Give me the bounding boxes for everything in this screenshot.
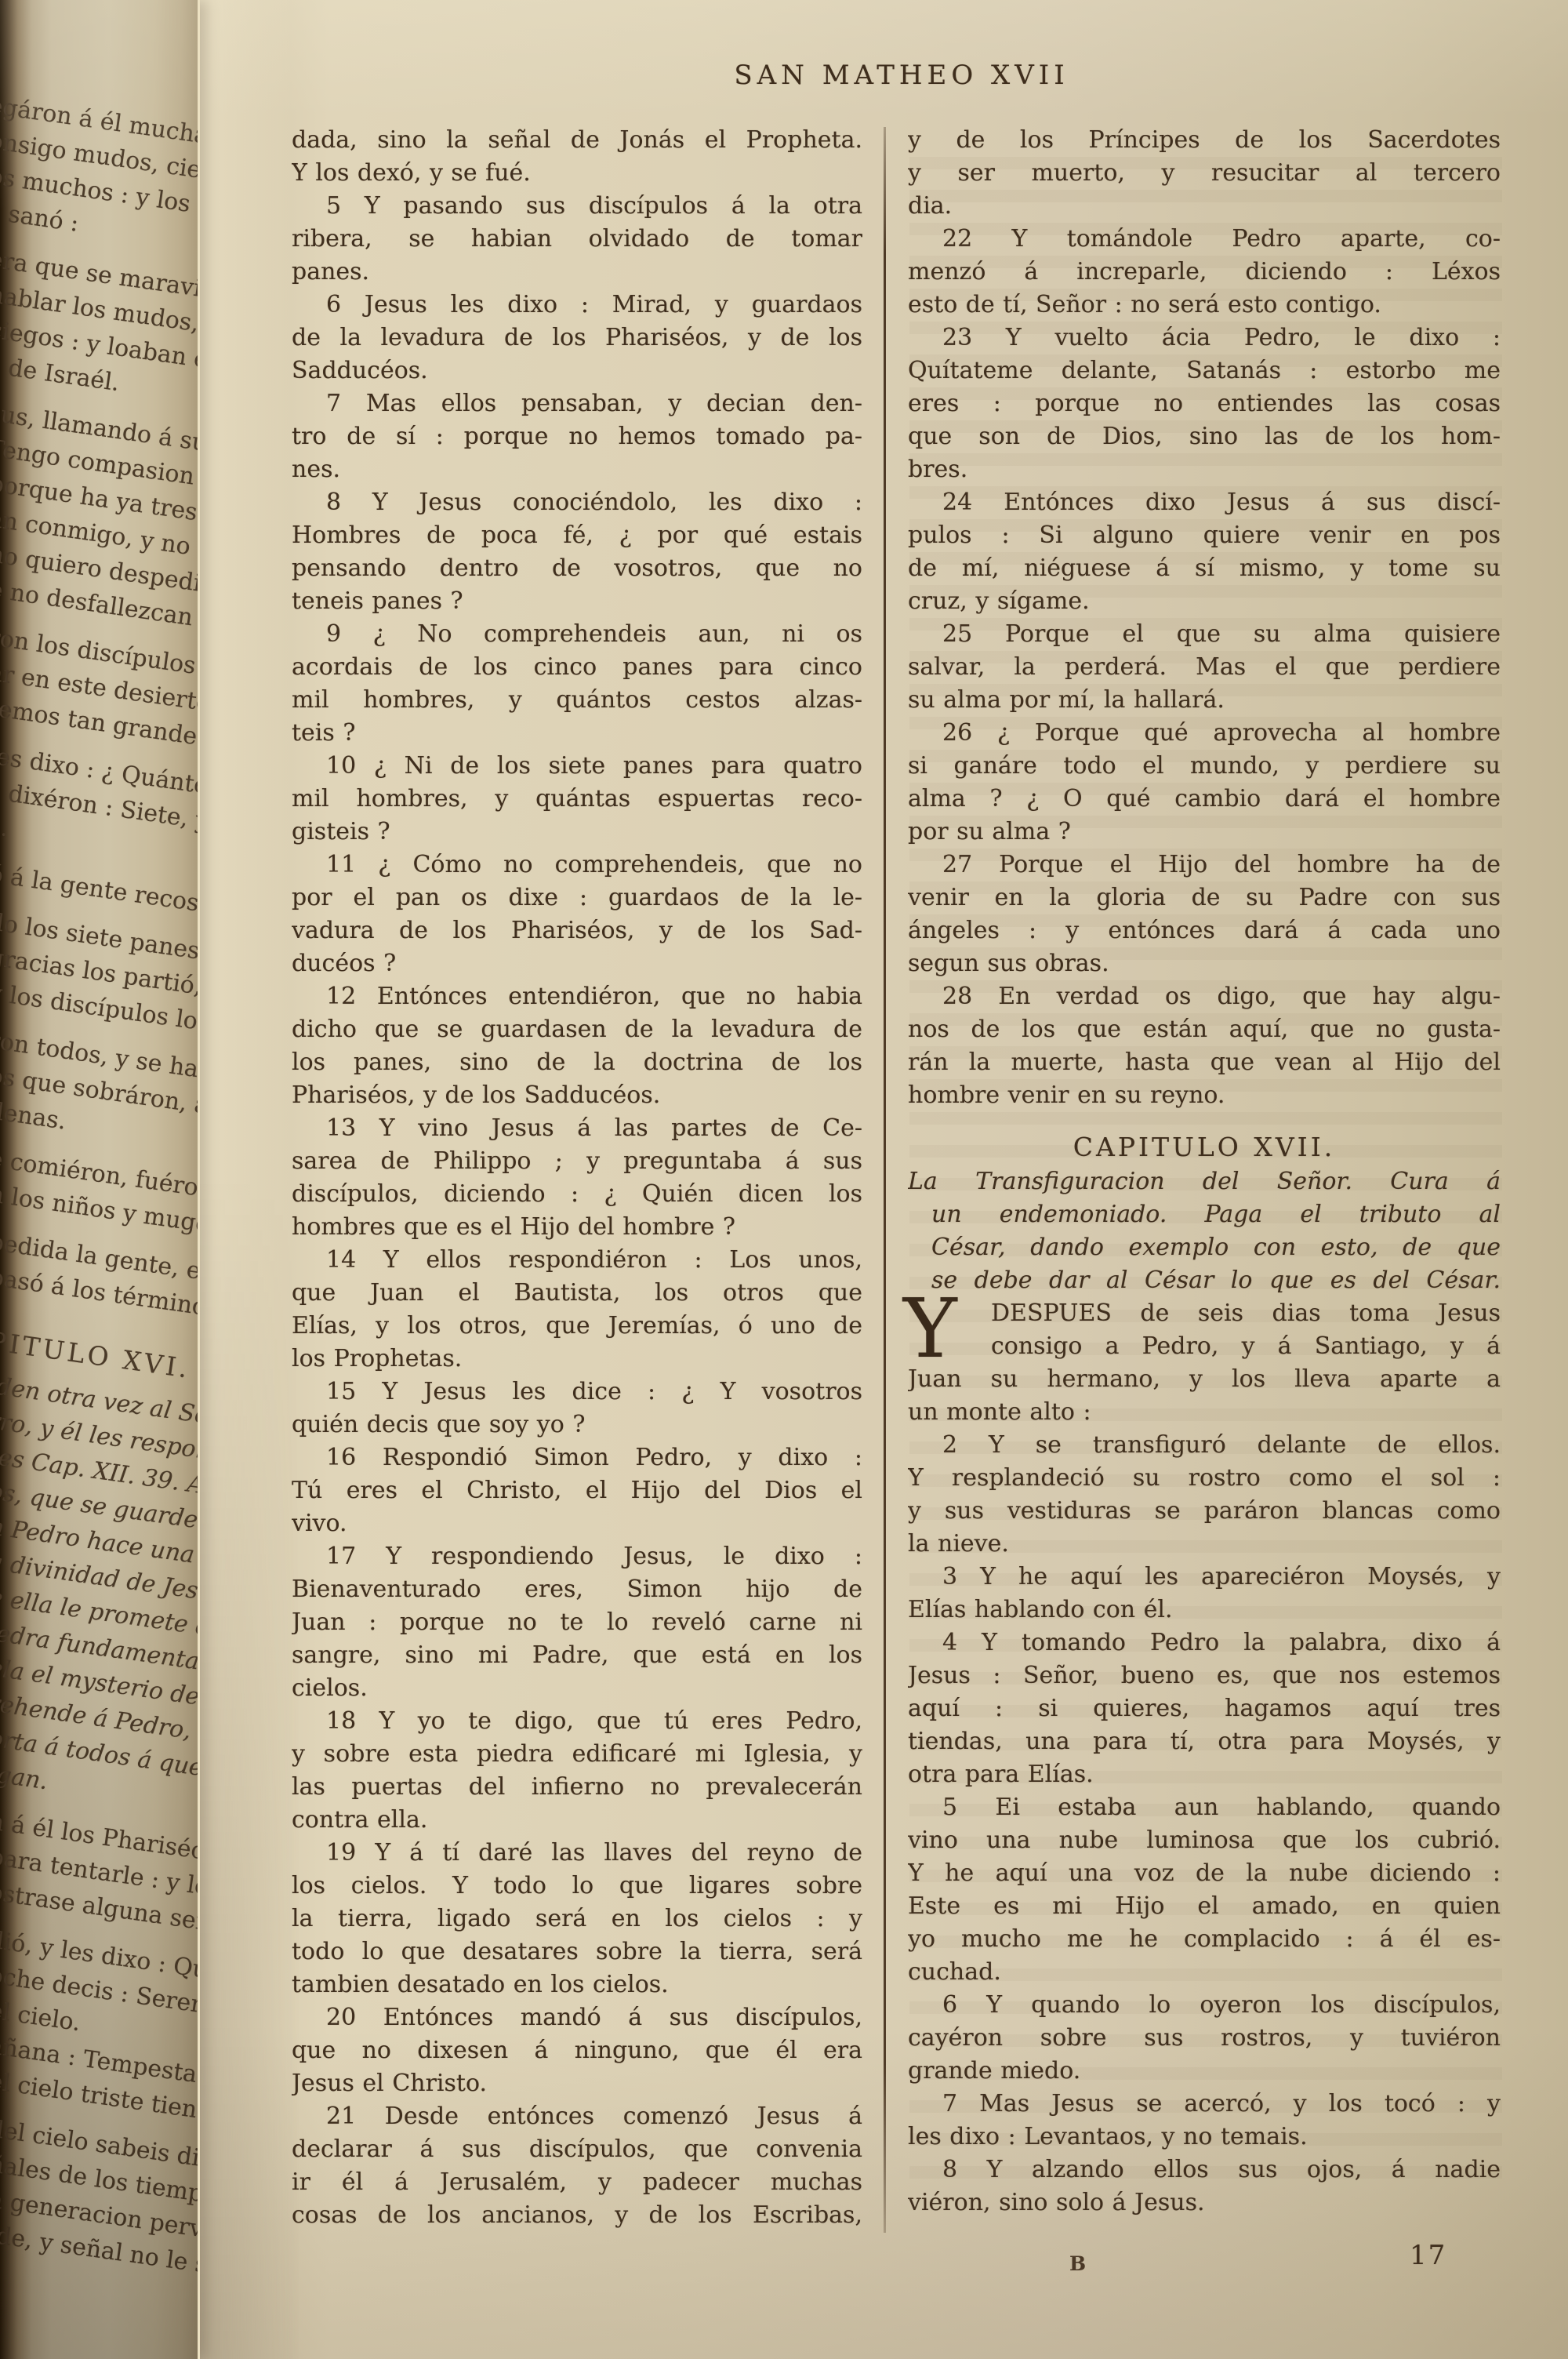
chapter-body: Y DESPUES de seis dias toma Jesusconsigo… bbox=[908, 1297, 1501, 2219]
text-line: tiendas, una para tí, otra para Moysés, … bbox=[908, 1725, 1501, 1758]
text-line: segun sus obras. bbox=[908, 947, 1501, 980]
text-line: dada, sino la señal de Jonás el Propheta… bbox=[292, 124, 862, 157]
text-line: acordais de los cinco panes para cinco bbox=[292, 651, 862, 684]
text-line: un endemoniado. Paga el tributo al bbox=[908, 1198, 1501, 1231]
text-line: Juan su hermano, y los lleva aparte a bbox=[908, 1363, 1501, 1396]
text-line: tambien desatado en los cielos. bbox=[292, 1968, 862, 2001]
text-line: las puertas del infierno no prevalecerán bbox=[292, 1771, 862, 1804]
text-line: 26 ¿ Porque qué aprovecha al hombre bbox=[908, 717, 1501, 750]
printers-signature-mark: B bbox=[1069, 2252, 1086, 2275]
text-line: Y resplandeció su rostro como el sol : bbox=[908, 1462, 1501, 1495]
text-line: bres. bbox=[908, 453, 1501, 486]
text-line: 20 Entónces mandó á sus discípulos, bbox=[292, 2001, 862, 2034]
text-line: Sadducéos. bbox=[292, 354, 862, 387]
text-line: Elías hablando con él. bbox=[908, 1594, 1501, 1627]
text-line: 17 Y respondiendo Jesus, le dixo : bbox=[292, 1540, 862, 1573]
text-line: nos de los que están aquí, que no gusta- bbox=[908, 1013, 1501, 1046]
text-line: si ganáre todo el mundo, y perdiere su bbox=[908, 750, 1501, 783]
text-line: DESPUES de seis dias toma Jesus bbox=[908, 1297, 1501, 1330]
text-line: venir en la gloria de su Padre con sus bbox=[908, 881, 1501, 914]
chapter-summary: La Transfiguracion del Señor. Cura áun e… bbox=[908, 1165, 1501, 1297]
text-line: que no dixesen á ninguno, que él era bbox=[292, 2034, 862, 2067]
previous-page-edge: egáron á él muchas genonsigo mudos, cieg… bbox=[0, 0, 200, 2359]
right-text-column: y de los Príncipes de los Sacerdotesy se… bbox=[908, 124, 1501, 2219]
text-line: 21 Desde entónces comenzó Jesus á bbox=[292, 2100, 862, 2133]
text-line: viéron, sino solo á Jesus. bbox=[908, 2186, 1501, 2219]
text-line: Y he aquí una voz de la nube diciendo : bbox=[908, 1857, 1501, 1890]
left-text-column: dada, sino la señal de Jonás el Propheta… bbox=[292, 124, 862, 2232]
text-line: vadura de los Phariséos, y de los Sad- bbox=[292, 914, 862, 947]
text-line: 22 Y tomándole Pedro aparte, co- bbox=[908, 223, 1501, 256]
text-line: Hombres de poca fé, ¿ por qué estais bbox=[292, 519, 862, 552]
text-line: tro de sí : porque no hemos tomado pa- bbox=[292, 420, 862, 453]
text-line: 13 Y vino Jesus á las partes de Ce- bbox=[292, 1112, 862, 1145]
text-line: 8 Y alzando ellos sus ojos, á nadie bbox=[908, 2154, 1501, 2186]
text-line: 12 Entónces entendiéron, que no habia bbox=[292, 980, 862, 1013]
text-line: Phariséos, y de los Sadducéos. bbox=[292, 1079, 862, 1112]
text-line: 24 Entónces dixo Jesus á sus discí- bbox=[908, 486, 1501, 519]
text-line: todo lo que desatares sobre la tierra, s… bbox=[292, 1936, 862, 1968]
column-divider-rule bbox=[884, 127, 886, 2233]
text-line: ángeles : y entónces dará á cada uno bbox=[908, 914, 1501, 947]
book-photo-background: egáron á él muchas genonsigo mudos, cieg… bbox=[0, 0, 1568, 2359]
text-line: la nieve. bbox=[908, 1528, 1501, 1561]
text-line: Tú eres el Christo, el Hijo del Dios el bbox=[292, 1474, 862, 1507]
text-line: sarea de Philippo ; y preguntaba á sus bbox=[292, 1145, 862, 1178]
text-line: 14 Y ellos respondiéron : Los unos, bbox=[292, 1244, 862, 1277]
running-header: SAN MATHEO XVII bbox=[298, 60, 1505, 91]
text-line: su alma por mí, la hallará. bbox=[908, 684, 1501, 717]
text-line: 5 Y pasando sus discípulos á la otra bbox=[292, 190, 862, 223]
text-line: 10 ¿ Ni de los siete panes para quatro bbox=[292, 750, 862, 783]
text-line: teis ? bbox=[292, 717, 862, 750]
text-line: Bienaventurado eres, Simon hijo de bbox=[292, 1573, 862, 1606]
text-line: Jesus : Señor, bueno es, que nos estemos bbox=[908, 1659, 1501, 1692]
text-line: que son de Dios, sino las de los hom- bbox=[908, 420, 1501, 453]
text-line: 2 Y se transfiguró delante de ellos. bbox=[908, 1429, 1501, 1462]
text-line: ducéos ? bbox=[292, 947, 862, 980]
text-line: otra para Elías. bbox=[908, 1758, 1501, 1791]
text-line: cuchad. bbox=[908, 1956, 1501, 1989]
page-number: 17 bbox=[1410, 2240, 1446, 2271]
text-line: menzó á increparle, diciendo : Léxos bbox=[908, 256, 1501, 289]
text-line: 15 Y Jesus les dice : ¿ Y vosotros bbox=[292, 1376, 862, 1408]
text-line: teneis panes ? bbox=[292, 585, 862, 618]
text-line: declarar á sus discípulos, que convenia bbox=[292, 2133, 862, 2166]
text-line: Jesus el Christo. bbox=[292, 2067, 862, 2100]
text-line: alma ? ¿ O qué cambio dará el hombre bbox=[908, 783, 1501, 816]
text-line: 6 Jesus les dixo : Mirad, y guardaos bbox=[292, 289, 862, 322]
text-line: 27 Porque el Hijo del hombre ha de bbox=[908, 849, 1501, 881]
text-line: 25 Porque el que su alma quisiere bbox=[908, 618, 1501, 651]
text-line: y ser muerto, y resucitar al tercero bbox=[908, 157, 1501, 190]
drop-cap-initial: Y bbox=[903, 1289, 985, 1368]
text-line: 16 Respondió Simon Pedro, y dixo : bbox=[292, 1441, 862, 1474]
text-line: pulos : Si alguno quiere venir en pos bbox=[908, 519, 1501, 552]
text-line: 5 Ei estaba aun hablando, quando bbox=[908, 1791, 1501, 1824]
text-line: cayéron sobre sus rostros, y tuviéron bbox=[908, 2022, 1501, 2055]
text-line: sangre, sino mi Padre, que está en los bbox=[292, 1639, 862, 1672]
text-line: por el pan os dixe : guardaos de la le- bbox=[292, 881, 862, 914]
text-line: Este es mi Hijo el amado, en quien bbox=[908, 1890, 1501, 1923]
text-line: 3 Y he aquí les apareciéron Moysés, y bbox=[908, 1561, 1501, 1594]
text-line: de mí, niéguese á sí mismo, y tome su bbox=[908, 552, 1501, 585]
text-line: salvar, la perderá. Mas el que perdiere bbox=[908, 651, 1501, 684]
text-line: los Prophetas. bbox=[292, 1343, 862, 1376]
text-line: que Juan el Bautista, los otros que bbox=[292, 1277, 862, 1310]
text-line: 11 ¿ Cómo no comprehendeis, que no bbox=[292, 849, 862, 881]
text-line: 18 Y yo te digo, que tú eres Pedro, bbox=[292, 1705, 862, 1738]
text-line: eres : porque no entiendes las cosas bbox=[908, 387, 1501, 420]
text-line: grande miedo. bbox=[908, 2055, 1501, 2088]
text-line: les dixo : Levantaos, y no temais. bbox=[908, 2121, 1501, 2154]
text-line: vino una nube luminosa que los cubrió. bbox=[908, 1824, 1501, 1857]
text-line: cosas de los ancianos, y de los Escribas… bbox=[292, 2199, 862, 2232]
text-line: 8 Y Jesus conociéndolo, les dixo : bbox=[292, 486, 862, 519]
text-line: y sobre esta piedra edificaré mi Iglesia… bbox=[292, 1738, 862, 1771]
text-line: 23 Y vuelto ácia Pedro, le dixo : bbox=[908, 322, 1501, 354]
text-line: hombres que es el Hijo del hombre ? bbox=[292, 1211, 862, 1244]
text-line: 6 Y quando lo oyeron los discípulos, bbox=[908, 1989, 1501, 2022]
text-line: los cielos. Y todo lo que ligares sobre bbox=[292, 1870, 862, 1903]
text-line: La Transfiguracion del Señor. Cura á bbox=[908, 1165, 1501, 1198]
text-line: yo mucho me he complacido : á él es- bbox=[908, 1923, 1501, 1956]
text-line: 9 ¿ No comprehendeis aun, ni os bbox=[292, 618, 862, 651]
text-line: Elías, y los otros, que Jeremías, ó uno … bbox=[292, 1310, 862, 1343]
text-line: Juan : porque no te lo reveló carne ni bbox=[292, 1606, 862, 1639]
text-line: mil hombres, y quántos cestos alzas- bbox=[292, 684, 862, 717]
text-line: cielos. bbox=[292, 1672, 862, 1705]
right-column-verses: y de los Príncipes de los Sacerdotesy se… bbox=[908, 124, 1501, 1112]
text-line: 28 En verdad os digo, que hay algu- bbox=[908, 980, 1501, 1013]
text-line: un monte alto : bbox=[908, 1396, 1501, 1429]
text-line: dia. bbox=[908, 190, 1501, 223]
text-line: dicho que se guardasen de la levadura de bbox=[292, 1013, 862, 1046]
text-line: la tierra, ligado será en los cielos : y bbox=[292, 1903, 862, 1936]
text-line: 7 Mas ellos pensaban, y decian den- bbox=[292, 387, 862, 420]
text-line: ir él á Jerusalém, y padecer muchas bbox=[292, 2166, 862, 2199]
text-line: gisteis ? bbox=[292, 816, 862, 849]
text-line: cruz, y sígame. bbox=[908, 585, 1501, 618]
text-line: los panes, sino de la doctrina de los bbox=[292, 1046, 862, 1079]
text-line: 4 Y tomando Pedro la palabra, dixo á bbox=[908, 1627, 1501, 1659]
text-line: esto de tí, Señor : no será esto contigo… bbox=[908, 289, 1501, 322]
text-line: César, dando exemplo con esto, de que bbox=[908, 1231, 1501, 1264]
text-line: Y los dexó, y se fué. bbox=[292, 157, 862, 190]
previous-page-text-fragments: egáron á él muchas genonsigo mudos, cieg… bbox=[0, 88, 200, 2252]
text-line: vivo. bbox=[292, 1507, 862, 1540]
text-line: consigo a Pedro, y á Santiago, y á bbox=[908, 1330, 1501, 1363]
chapter-heading: CAPITULO XVII. bbox=[908, 1129, 1501, 1165]
text-line: se debe dar al César lo que es del César… bbox=[908, 1264, 1501, 1297]
text-line: discípulos, diciendo : ¿ Quién dicen los bbox=[292, 1178, 862, 1211]
text-line: por su alma ? bbox=[908, 816, 1501, 849]
text-line: nes. bbox=[292, 453, 862, 486]
text-line: de la levadura de los Phariséos, y de lo… bbox=[292, 322, 862, 354]
chapter-verses: DESPUES de seis dias toma Jesusconsigo a… bbox=[908, 1297, 1501, 2219]
text-line: ribera, se habian olvidado de tomar bbox=[292, 223, 862, 256]
text-line: Quítateme delante, Satanás : estorbo me bbox=[908, 354, 1501, 387]
text-line: quién decis que soy yo ? bbox=[292, 1408, 862, 1441]
text-line: rán la muerte, hasta que vean al Hijo de… bbox=[908, 1046, 1501, 1079]
text-line: hombre venir en su reyno. bbox=[908, 1079, 1501, 1112]
text-line: y de los Príncipes de los Sacerdotes bbox=[908, 124, 1501, 157]
text-line: aquí : si quieres, hagamos aquí tres bbox=[908, 1692, 1501, 1725]
text-line: 7 Mas Jesus se acercó, y los tocó : y bbox=[908, 2088, 1501, 2121]
text-line: 19 Y á tí daré las llaves del reyno de bbox=[292, 1837, 862, 1870]
text-line: panes. bbox=[292, 256, 862, 289]
text-line: contra ella. bbox=[292, 1804, 862, 1837]
text-line: mil hombres, y quántas espuertas reco- bbox=[292, 783, 862, 816]
text-line: pensando dentro de vosotros, que no bbox=[292, 552, 862, 585]
text-line: y sus vestiduras se paráron blancas como bbox=[908, 1495, 1501, 1528]
